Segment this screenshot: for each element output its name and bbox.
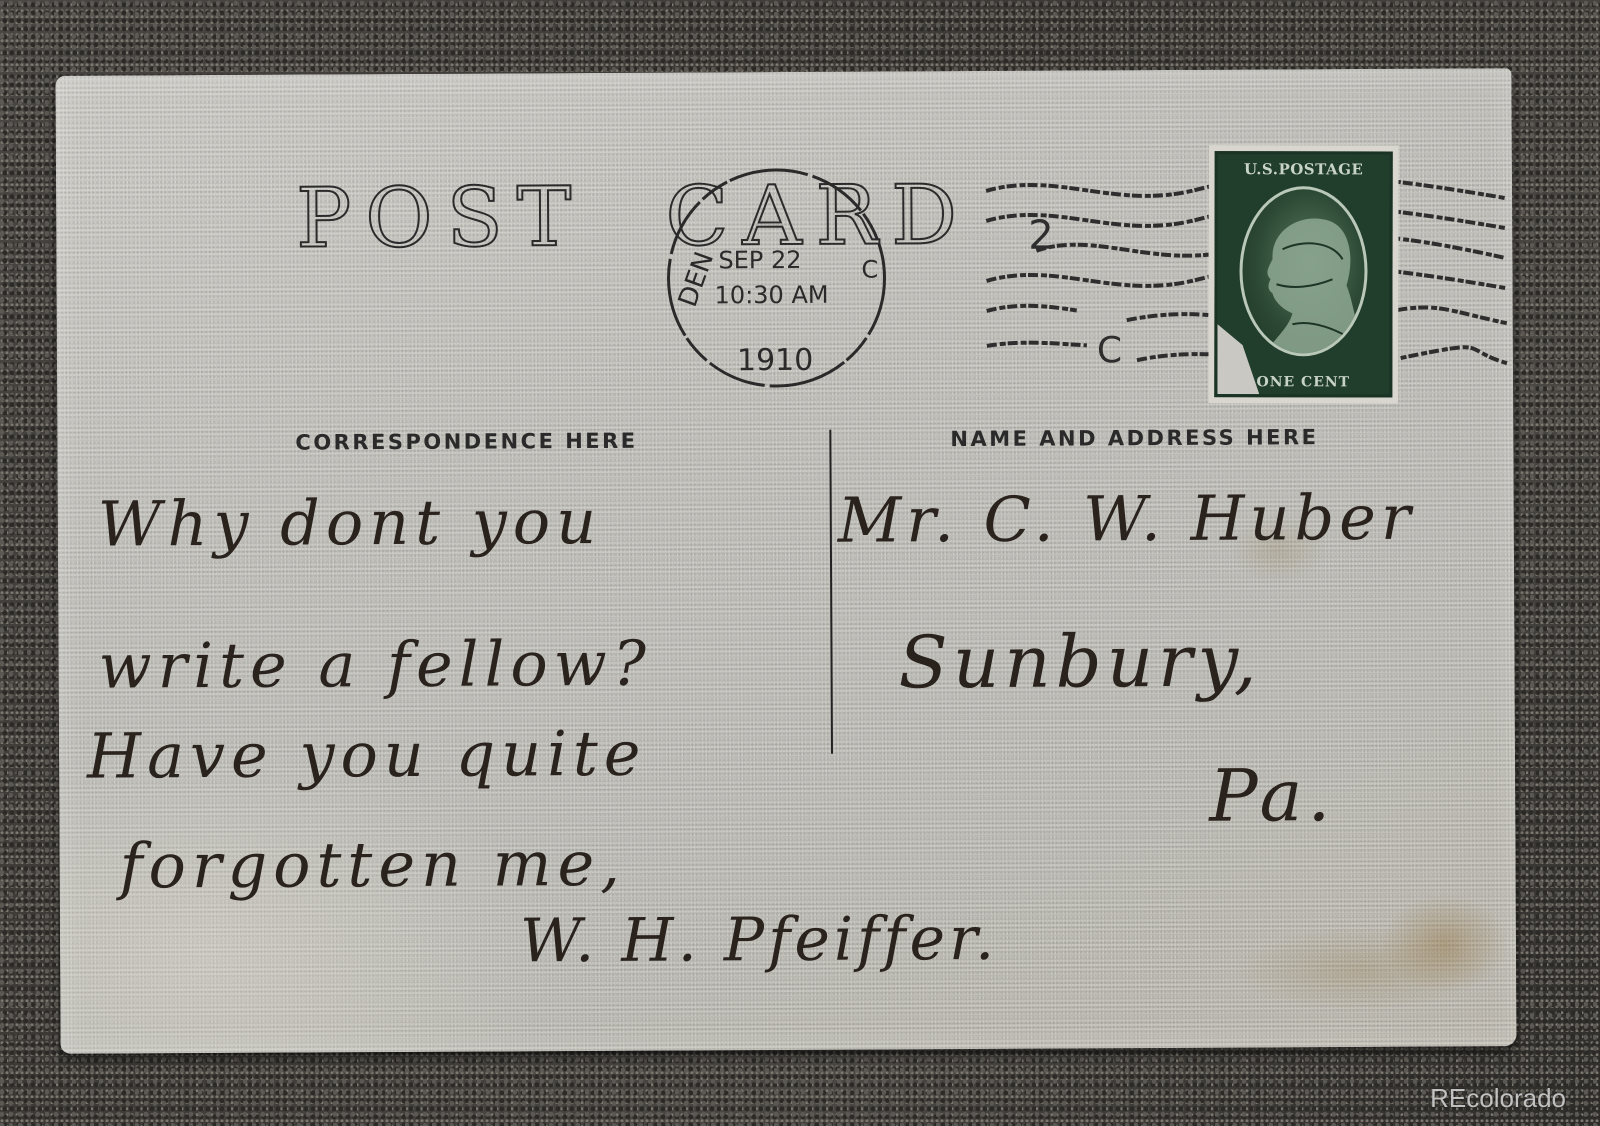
postmark-circle-icon: DEN SEP 22 10:30 AM 1910 C xyxy=(656,157,897,398)
message-line: Why dont you xyxy=(98,491,603,556)
message-line: Have you quite xyxy=(87,723,647,788)
postage-stamp: U.S.POSTAGE ONE CENT xyxy=(1208,145,1398,403)
postmark-time: 10:30 AM xyxy=(715,281,829,310)
franklin-portrait-icon xyxy=(1239,186,1367,356)
signature: W. H. Pfeiffer. xyxy=(520,909,998,972)
watermark: REcolorado xyxy=(1430,1083,1566,1114)
message-line: forgotten me, xyxy=(119,833,626,898)
postmark-year: 1910 xyxy=(737,343,814,378)
postmark: DEN SEP 22 10:30 AM 1910 C xyxy=(656,157,897,398)
postmark-letter: C xyxy=(861,256,878,284)
postmark-city: DEN xyxy=(673,248,720,311)
address-line: Mr. C. W. Huber xyxy=(838,487,1416,552)
divider-line xyxy=(829,430,833,754)
postcard: POST CARD DEN SEP 22 10:30 AM 1910 C 2 C xyxy=(55,68,1516,1054)
cancel-letter: C xyxy=(1097,330,1122,371)
stamp-torn-corner xyxy=(1217,324,1259,394)
stamp-top-text: U.S.POSTAGE xyxy=(1218,160,1390,178)
cancel-number: 2 xyxy=(1028,213,1054,259)
address-label: NAME AND ADDRESS HERE xyxy=(950,425,1318,451)
correspondence-label: CORRESPONDENCE HERE xyxy=(295,429,637,455)
postmark-date: SEP 22 xyxy=(718,246,801,274)
message-line: write a fellow? xyxy=(98,633,652,698)
address-line: Sunbury, xyxy=(898,625,1261,699)
address-line: Pa. xyxy=(1209,759,1335,832)
